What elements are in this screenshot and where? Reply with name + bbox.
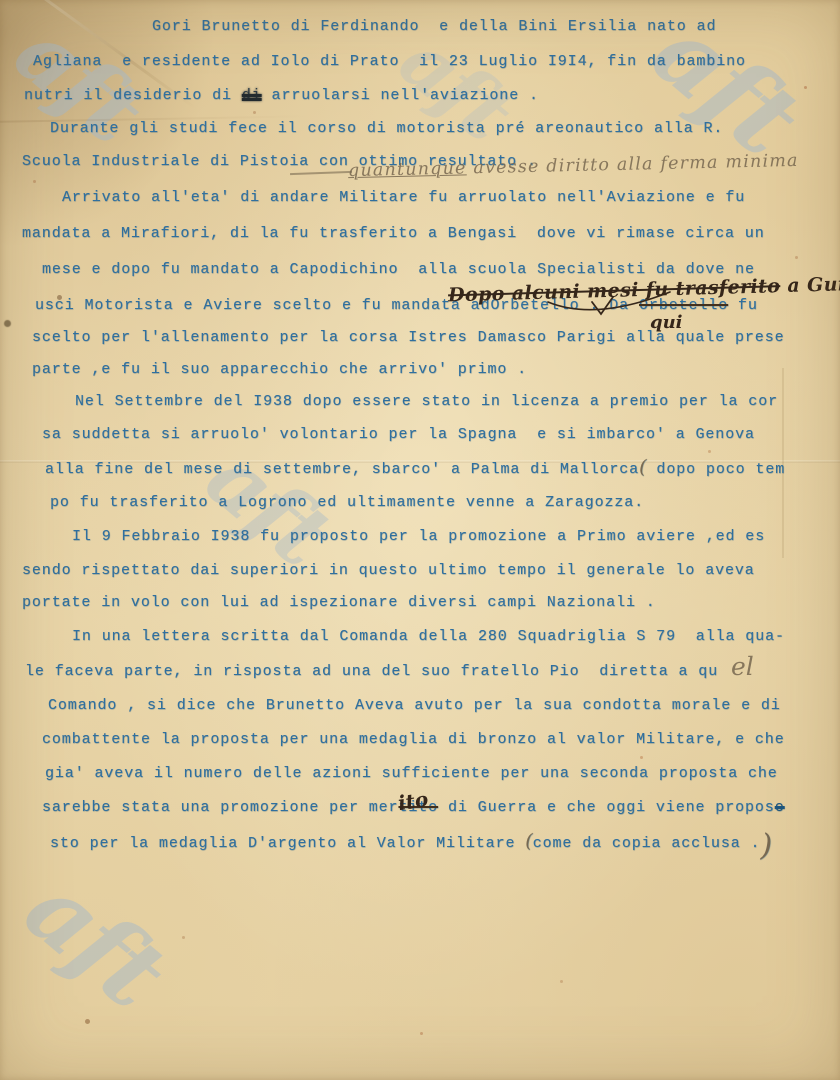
pencil-dash: [290, 171, 352, 175]
typed-text: sto per la medaglia D'argento al Valor M…: [50, 835, 525, 852]
typed-text: le faceva parte, in risposta ad una del …: [25, 663, 718, 680]
struck-text: di: [242, 87, 262, 104]
typed-line: mandata a Mirafiori, di la fu trasferito…: [22, 224, 765, 243]
typed-text: Durante gli studi fece il corso di motor…: [50, 120, 723, 137]
typed-text: combattente la proposta per una medaglia…: [42, 731, 785, 748]
typed-line: sto per la medaglia D'argento al Valor M…: [50, 832, 772, 855]
handwritten-paren: (: [525, 830, 532, 852]
typed-text: sarebbe stata una promozione per mer: [42, 799, 398, 816]
typed-text: sa suddetta si arruolo' volontario per l…: [42, 426, 755, 443]
typed-line: Agliana e residente ad Iolo di Prato il …: [33, 52, 746, 71]
typed-line: alla fine del mese di settembre, sbarco'…: [45, 458, 785, 479]
typed-line: sendo rispettato dai superiori in questo…: [22, 561, 755, 580]
typed-line: Comando , si dice che Brunetto Aveva avu…: [48, 696, 781, 715]
typed-text: di Guerra e che oggi viene propos: [438, 799, 775, 816]
typed-text: portate in volo con lui ad ispezionare d…: [22, 594, 656, 611]
handwritten-ito: ito: [396, 787, 430, 815]
typed-text: parte ,e fu il suo apparecchio che arriv…: [32, 361, 527, 378]
typed-line: Gori Brunetto di Ferdinando e della Bini…: [152, 17, 716, 36]
typed-text: mandata a Mirafiori, di la fu trasferito…: [22, 225, 765, 242]
ink-annotation-text: a Guidonia: [780, 272, 840, 298]
aft-watermark: aft: [13, 863, 177, 1020]
typed-text: dopo poco tem: [647, 461, 786, 478]
typed-line: mese e dopo fu mandato a Capodichino all…: [42, 260, 755, 279]
typed-line: parte ,e fu il suo apparecchio che arriv…: [32, 360, 527, 379]
typed-text: alla fine del mese di settembre, sbarco'…: [45, 461, 639, 478]
typed-line: Il 9 Febbraio I938 fu proposto per la pr…: [72, 527, 765, 546]
typed-line: In una lettera scritta dal Comanda della…: [72, 627, 785, 646]
struck-text: e: [775, 799, 785, 816]
typed-line: Durante gli studi fece il corso di motor…: [50, 119, 723, 138]
typed-text: mese e dopo fu mandato a Capodichino all…: [42, 261, 755, 278]
typed-text: Nel Settembre del I938 dopo essere stato…: [75, 393, 778, 410]
handwritten-paren: (: [639, 456, 646, 478]
typed-line: gia' aveva il numero delle azioni suffic…: [45, 764, 778, 783]
typed-text: Comando , si dice che Brunetto Aveva avu…: [48, 697, 781, 714]
typed-text: come da copia acclusa .: [533, 835, 761, 852]
typed-line: combattente la proposta per una medaglia…: [42, 730, 785, 749]
typed-text: Gori Brunetto di Ferdinando e della Bini…: [152, 18, 716, 35]
typed-text: fu: [728, 297, 758, 314]
handwritten-el: el: [731, 652, 754, 681]
typed-text: sendo rispettato dai superiori in questo…: [22, 562, 755, 579]
typed-text: In una lettera scritta dal Comanda della…: [72, 628, 785, 645]
typed-line: le faceva parte, in risposta ad una del …: [25, 662, 718, 681]
typed-line: portate in volo con lui ad ispezionare d…: [22, 593, 656, 612]
typed-text: Arrivato all'eta' di andare Militare fu …: [62, 189, 745, 206]
typed-line: nutri il desiderio di di arruolarsi nell…: [24, 86, 539, 105]
typed-text: nutri il desiderio di: [24, 87, 242, 104]
handwritten-paren: ): [760, 828, 772, 863]
typed-text: Agliana e residente ad Iolo di Prato il …: [33, 53, 746, 70]
typed-text: gia' aveva il numero delle azioni suffic…: [45, 765, 778, 782]
typed-line: Nel Settembre del I938 dopo essere stato…: [75, 392, 778, 411]
scanned-document-page: aft aft aft aft aft Gori Brunetto di Fer…: [0, 0, 840, 1080]
typed-line: po fu trasferito a Logrono ed ultimament…: [50, 493, 644, 512]
typed-text: arruolarsi nell'aviazione .: [262, 87, 539, 104]
typed-line: Arrivato all'eta' di andare Militare fu …: [62, 188, 745, 207]
typed-text: Il 9 Febbraio I938 fu proposto per la pr…: [72, 528, 765, 545]
typed-text: po fu trasferito a Logrono ed ultimament…: [50, 494, 644, 511]
typed-line: sa suddetta si arruolo' volontario per l…: [42, 425, 755, 444]
handwritten-qui: qui: [650, 312, 683, 333]
pencil-annotation-word: quantunque: [348, 158, 467, 181]
